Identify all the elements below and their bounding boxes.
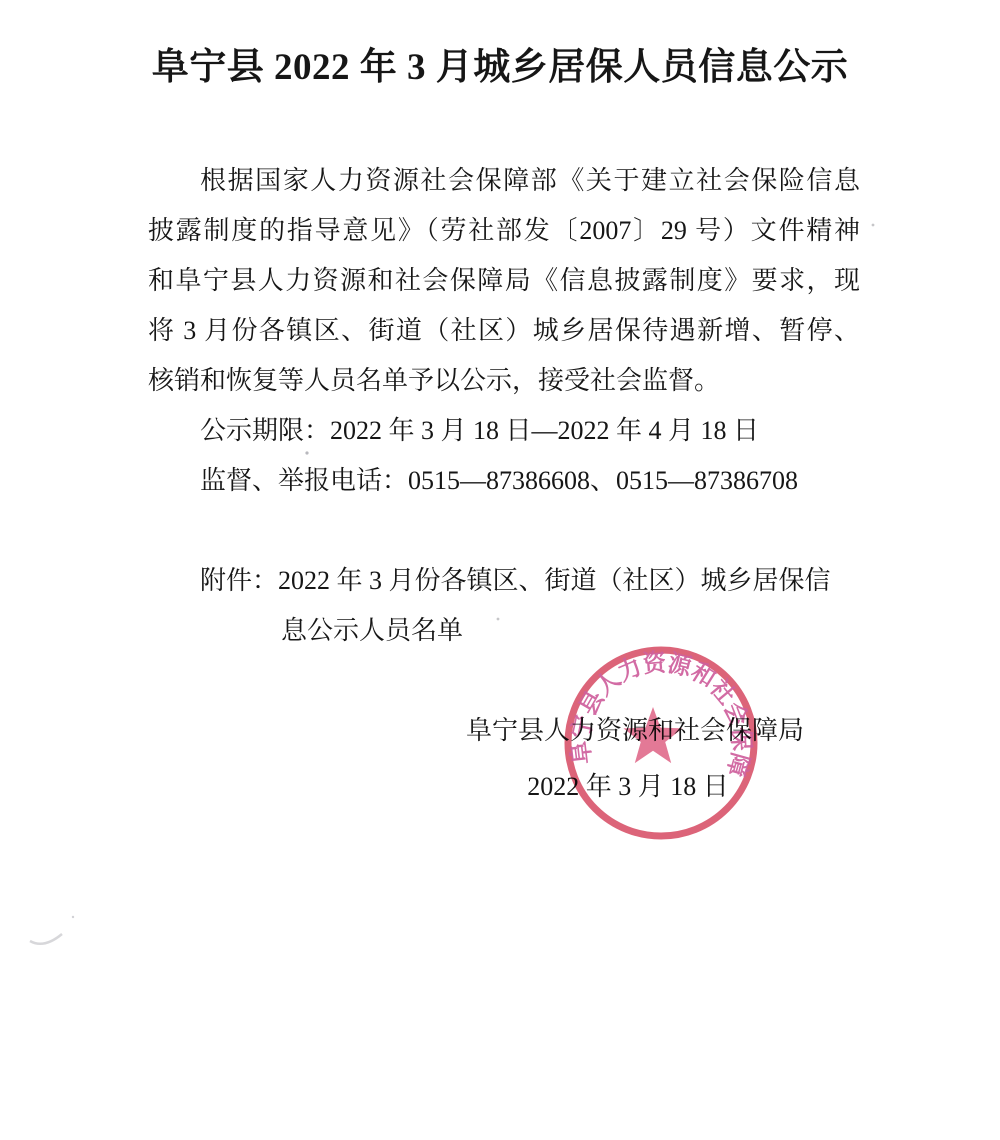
body-line: 披露制度的指导意见》（劳社部发〔2007〕29 号）文件精神 (148, 206, 860, 256)
official-seal: 阜宁县人力资源和社会保障局 (561, 643, 761, 843)
body-line: 和阜宁县人力资源和社会保障局《信息披露制度》要求，现 (148, 256, 860, 306)
hotline-line: 监督、举报电话：0515—87386608、0515—87386708 (148, 456, 860, 506)
body-line: 核销和恢复等人员名单予以公示，接受社会监督。 (148, 356, 860, 406)
document-body: 根据国家人力资源社会保障部《关于建立社会保险信息 披露制度的指导意见》（劳社部发… (148, 156, 860, 656)
attachment-line: 附件：2022 年 3 月份各镇区、街道（社区）城乡居保信 (148, 556, 860, 606)
scan-speck (872, 224, 875, 227)
scan-artifact-curve (30, 934, 62, 944)
seal-arc-text-holder: 阜宁县人力资源和社会保障局 (561, 643, 761, 781)
scan-speck (72, 916, 74, 918)
blank-line (148, 506, 860, 556)
star-icon (624, 707, 683, 763)
notice-period-line: 公示期限：2022 年 3 月 18 日—2022 年 4 月 18 日 (148, 406, 860, 456)
scanned-notice-page: 阜宁县 2022 年 3 月城乡居保人员信息公示 根据国家人力资源社会保障部《关… (0, 0, 1000, 1140)
body-line: 将 3 月份各镇区、街道（社区）城乡居保待遇新增、暂停、 (148, 306, 860, 356)
body-line: 根据国家人力资源社会保障部《关于建立社会保险信息 (148, 156, 860, 206)
seal-arc-text: 阜宁县人力资源和社会保障局 (561, 643, 761, 781)
document-title: 阜宁县 2022 年 3 月城乡居保人员信息公示 (0, 44, 1000, 92)
